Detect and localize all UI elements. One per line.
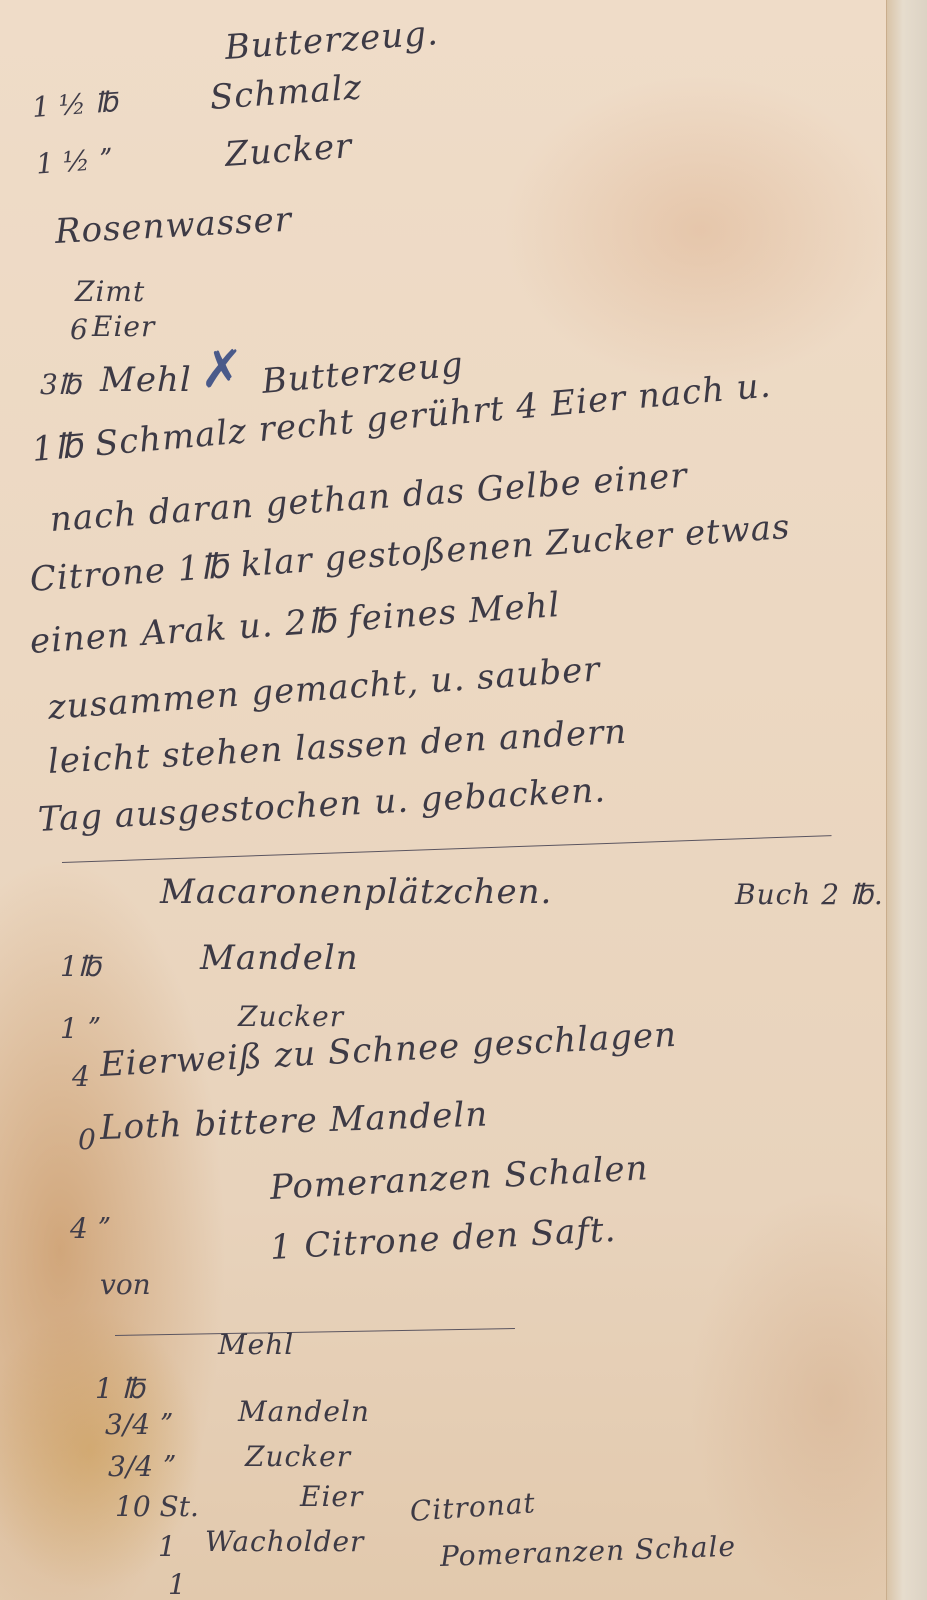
ingredient-item: Zucker: [224, 126, 354, 175]
section-divider: [62, 835, 832, 863]
recipe3-title: Macaronenplätzchen.: [160, 872, 552, 912]
ingredient-qty: 6: [70, 313, 88, 346]
ingredient-qty: 4: [72, 1060, 90, 1093]
ingredient-qty: 1 ½ ˮ: [35, 142, 113, 180]
ingredient-item: Zucker: [238, 1000, 344, 1033]
ingredient-qty: 3/4 ˮ: [108, 1450, 176, 1483]
ingredient-item: Zucker: [245, 1440, 351, 1473]
manuscript-page: Butterzeug. 1 ½ ℔ Schmalz 1 ½ ˮ Zucker R…: [0, 0, 890, 1600]
page-edge: [886, 0, 927, 1600]
ingredient-qty: 1: [168, 1568, 186, 1600]
section-divider: [115, 1328, 515, 1336]
ingredient-item: Pomeranzen Schalen: [269, 1148, 649, 1208]
ingredient-item: Wacholder: [205, 1525, 364, 1558]
ingredient-qty: 4 ˮ: [70, 1212, 110, 1245]
ingredient-qty: 3/4 ˮ: [105, 1408, 173, 1441]
instruction-line: Tag ausgestochen u. gebacken.: [37, 770, 607, 840]
ingredient-qty: 10 St.: [115, 1490, 199, 1523]
ingredient-qty: 3℔: [40, 368, 81, 401]
instruction-line: einen Arak u. 2℔ feines Mehl: [29, 585, 562, 662]
ingredient-qty: 1 ½ ℔: [31, 85, 119, 124]
ingredient-item: Mandeln: [238, 1395, 370, 1428]
ingredient-item: Mandeln: [200, 938, 359, 978]
blue-cross-mark: ✗: [200, 340, 244, 400]
ingredient-item: Eier: [300, 1480, 363, 1513]
recipe3-note: Buch 2 ℔.: [735, 878, 884, 911]
ingredient-qty: von: [100, 1268, 151, 1301]
ingredient-item: Schmalz: [209, 67, 364, 118]
struck-ingredient: Mehl: [100, 360, 192, 400]
ingredient-qty: 1℔: [60, 950, 101, 983]
ingredient-qty: 1 ˮ: [60, 1012, 100, 1045]
instruction-line: leicht stehen lassen den andern: [47, 712, 628, 782]
ingredient-item: Rosenwasser: [54, 200, 293, 252]
ingredient-item: Zimt: [75, 275, 145, 308]
side-item: Citronat: [409, 1486, 537, 1528]
ingredient-qty: 1: [158, 1530, 176, 1563]
ingredient-item: Eier: [92, 310, 155, 343]
ingredient-qty: 1 ℔: [95, 1372, 145, 1405]
side-item: Pomeranzen Schale: [439, 1530, 736, 1573]
instruction-line: zusammen gemacht, u. sauber: [47, 649, 602, 728]
ingredient-item: Loth bittere Mandeln: [99, 1094, 488, 1148]
ingredient-qty: 0: [78, 1123, 96, 1156]
ingredient-item: 1 Citrone den Saft.: [269, 1210, 617, 1268]
ingredient-item: Mehl: [218, 1328, 294, 1361]
recipe1-title: Butterzeug.: [224, 13, 440, 68]
recipe2-title: Butterzeug: [260, 344, 465, 401]
ingredient-item: Eierweiß zu Schnee geschlagen: [99, 1015, 678, 1085]
